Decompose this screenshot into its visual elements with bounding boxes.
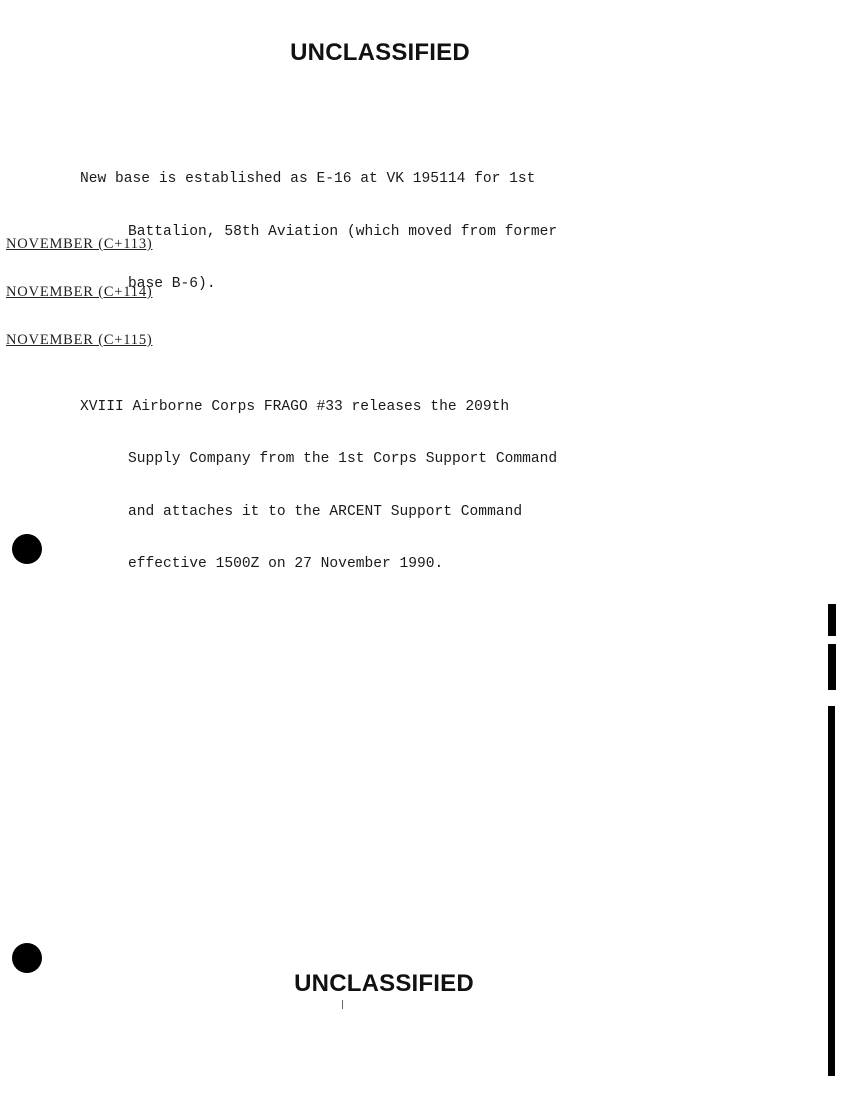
classification-banner-top: UNCLASSIFIED [0,39,760,67]
date-heading-c115: NOVEMBER (C+115) [6,332,153,349]
entry-line: New base is established as E-16 at VK 19… [80,171,557,189]
document-body: New base is established as E-16 at VK 19… [80,101,557,626]
date-heading-c113: NOVEMBER (C+113) [6,236,153,253]
change-bar [828,604,836,636]
hole-punch-mark [12,534,42,564]
entry-line: and attaches it to the ARCENT Support Co… [80,504,557,522]
entry-line: XVIII Airborne Corps FRAGO #33 releases … [80,399,557,417]
entry-line: Supply Company from the 1st Corps Suppor… [80,451,557,469]
hole-punch-mark [12,943,42,973]
change-bar [828,706,835,1076]
date-heading-c114: NOVEMBER (C+114) [6,284,153,301]
entry-frago-33: XVIII Airborne Corps FRAGO #33 releases … [80,364,557,609]
entry-line: effective 1500Z on 27 November 1990. [80,556,557,574]
change-bar [828,644,836,690]
classification-banner-bottom: UNCLASSIFIED [4,970,764,998]
scan-artifact-mark [342,1000,343,1009]
